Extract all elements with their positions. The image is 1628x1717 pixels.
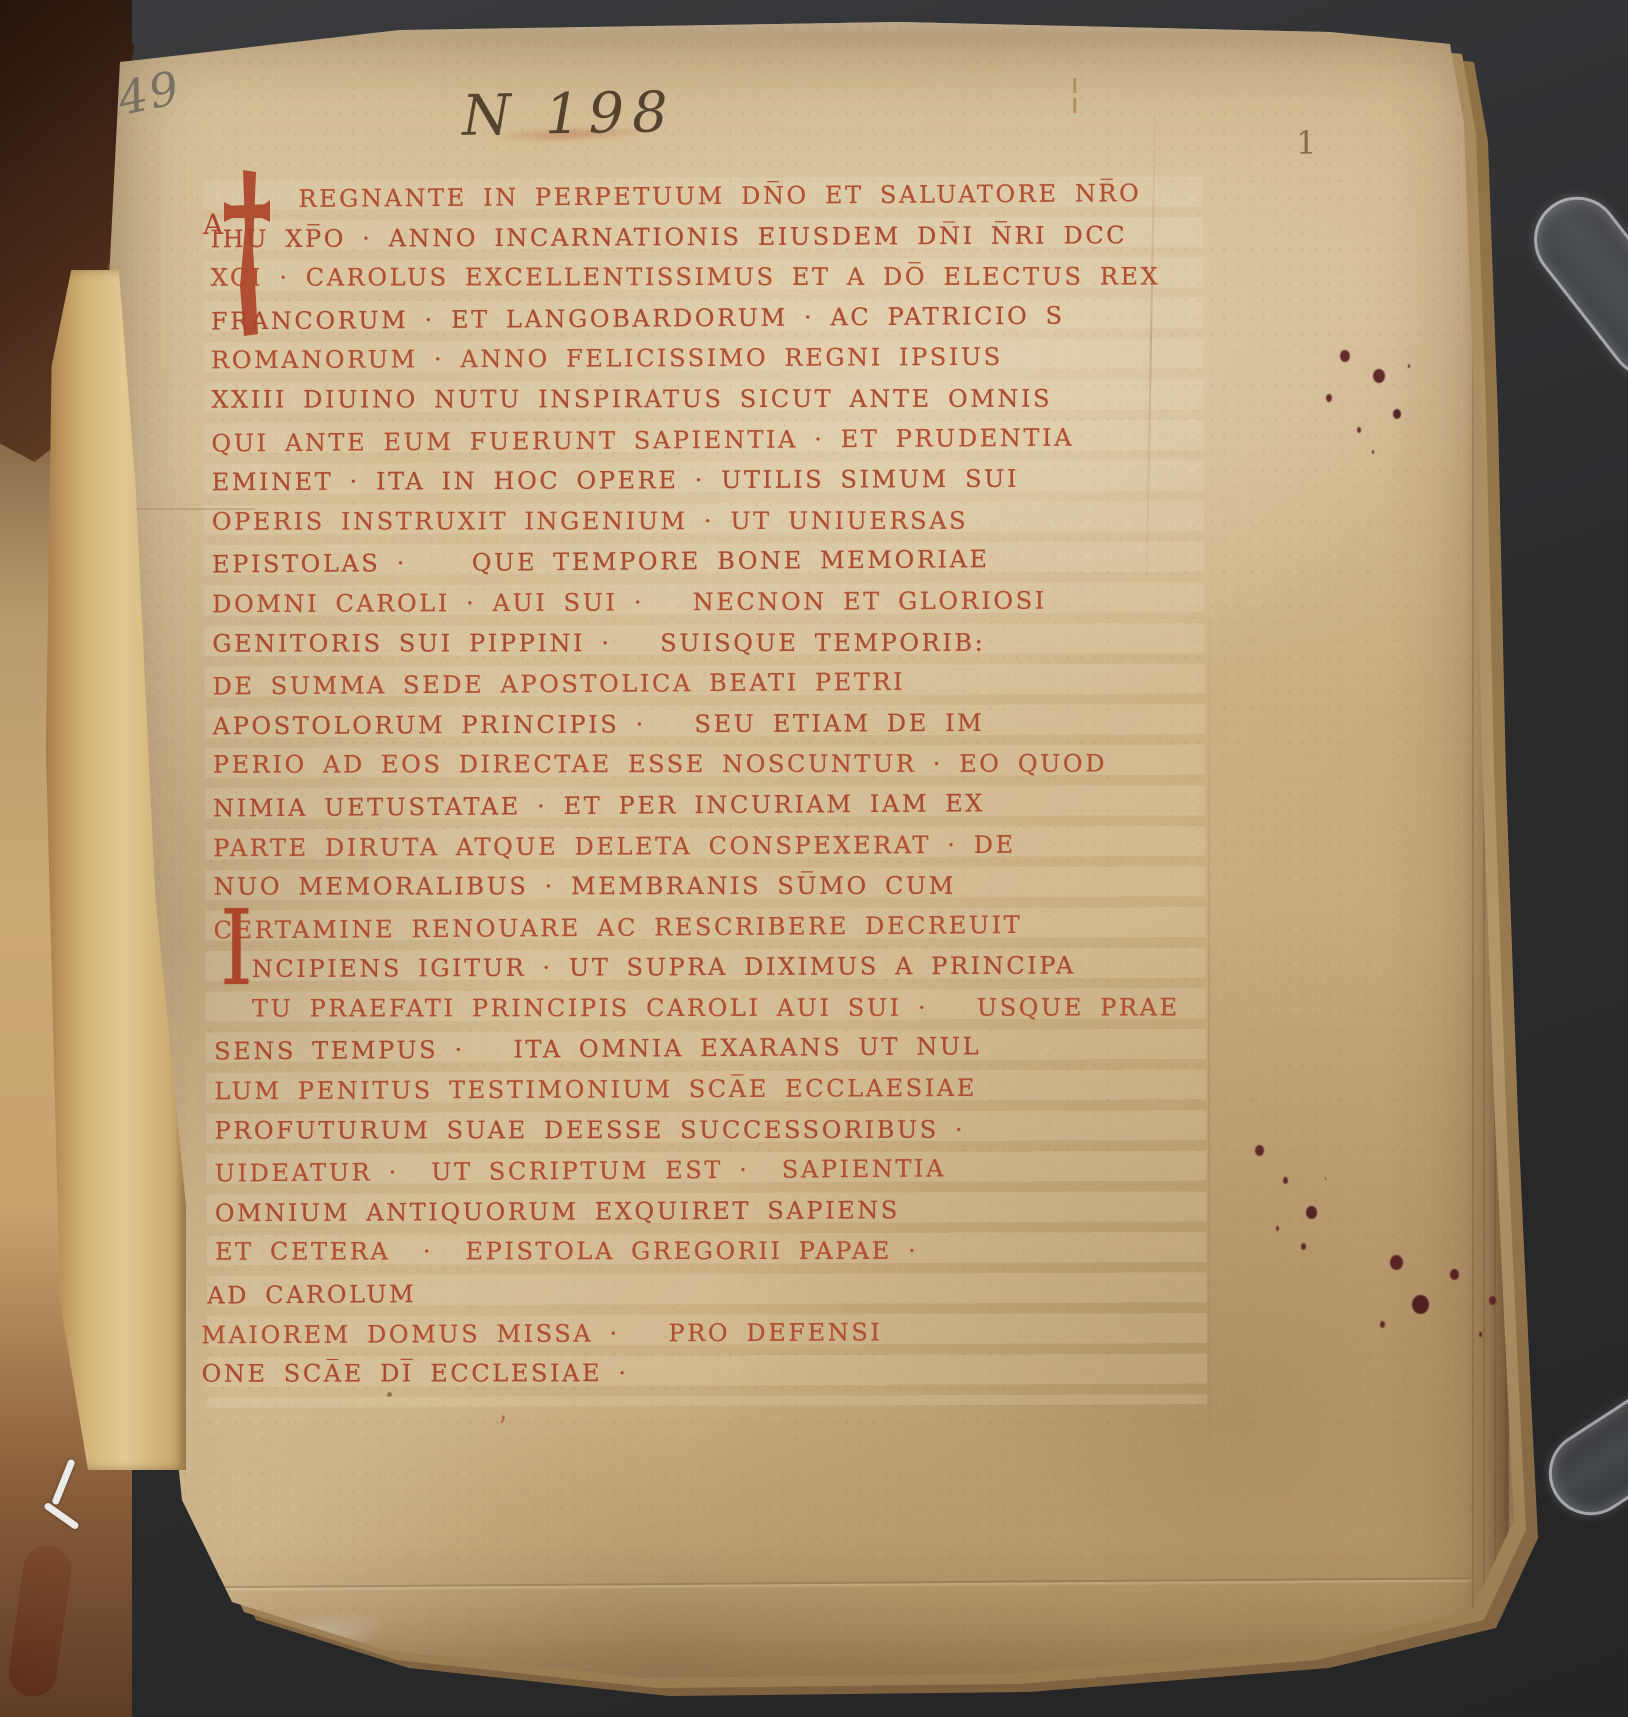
ink-number-heading: N 198 [461, 80, 676, 149]
page-clip-bottom [1533, 1349, 1628, 1532]
page-clip-top [1517, 179, 1628, 394]
text-line: OPERIS INSTRUXIT INGENIUM · UT UNIUERSAS [212, 500, 1222, 542]
text-line: GENITORIS SUI PIPPINI · SUISQUE TEMPORIB… [212, 622, 1222, 664]
text-line: UIDEATUR · UT SCRIPTUM EST · SAPIENTIA [215, 1147, 1225, 1194]
manuscript-page: , 49 N 198 ¦ 1 A I REGNANTE IN PERPETUUM… [100, 20, 1515, 1680]
manuscript-photo: , 49 N 198 ¦ 1 A I REGNANTE IN PERPETUUM… [0, 0, 1628, 1717]
text-line: ONE SCA̅E DI̅ ECCLESIAE · [202, 1353, 1226, 1395]
text-line: OMNIUM ANTIQUORUM EXQUIRET SAPIENS [215, 1189, 1225, 1234]
text-line: QUI ANTE EUM FUERUNT SAPIENTIA · ET PRUD… [211, 416, 1221, 463]
text-line: NUO MEMORALIBUS · MEMBRANIS SU̅MO CUM [213, 865, 1223, 907]
ink-stain-cluster [1340, 350, 1350, 362]
text-line: ET CETERA · EPISTOLA GREGORII PAPAE · [215, 1231, 1225, 1273]
text-line: AD CAROLUM [207, 1269, 1225, 1317]
text-line: PARTE DIRUTA ATQUE DELETA CONSPEXERAT · … [213, 823, 1223, 868]
text-line: REGNANTE IN PERPETUUM DN̅O ET SALUATORE … [210, 173, 1220, 220]
text-line: LUM PENITUS TESTIMONIUM SCA̅E ECCLAESIAE [214, 1067, 1224, 1112]
text-line: APOSTOLORUM PRINCIPIS · SEU ETIAM DE IM [213, 702, 1223, 747]
ink-stain-cluster [1390, 1255, 1403, 1270]
text-line: XXIII DIUINO NUTU INSPIRATUS SICUT ANTE … [211, 378, 1221, 420]
text-line: DOMNI CAROLI · AUI SUI · NECNON ET GLORI… [212, 580, 1222, 625]
text-line: PROFUTURUM SUAE DEESSE SUCCESSORIBUS · [214, 1109, 1224, 1151]
text-line: IHU XP̅O · ANNO INCARNATIONIS EIUSDEM DN… [211, 214, 1221, 259]
text-line: NCIPIENS IGITUR · UT SUPRA DIXIMUS A PRI… [252, 945, 1224, 990]
text-line: ROMANORUM · ANNO FELICISSIMO REGNI IPSIU… [211, 336, 1221, 381]
text-line: XCI · CAROLUS EXCELLENTISSIMUS ET A DO̅ … [211, 257, 1221, 299]
text-line: EMINET · ITA IN HOC OPERE · UTILIS SIMUM… [212, 458, 1222, 503]
text-line: FRANCORUM · ET LANGOBARDORUM · AC PATRIC… [211, 294, 1221, 341]
ink-stain-cluster [1255, 1145, 1264, 1156]
folio-number: 1 [1296, 124, 1316, 162]
text-line: CERTAMINE RENOUARE AC RESCRIBERE DECREUI… [213, 903, 1223, 950]
top-margin-mark: ¦ [1068, 70, 1081, 116]
text-line: TU PRAEFATI PRINCIPIS CAROLI AUI SUI · U… [252, 987, 1224, 1029]
text-block: REGNANTE IN PERPETUUM DN̅O ET SALUATORE … [210, 174, 1225, 1396]
text-line: NIMIA UETUSTATAE · ET PER INCURIAM IAM E… [213, 781, 1223, 828]
text-line: SENS TEMPUS · ITA OMNIA EXARANS UT NUL [214, 1025, 1224, 1072]
text-line: MAIOREM DOMUS MISSA · PRO DEFENSI [201, 1310, 1225, 1355]
text-line: DE SUMMA SEDE APOSTOLICA BEATI PETRI [212, 660, 1222, 707]
text-line: PERIO AD EOS DIRECTAE ESSE NOSCUNTUR · E… [213, 744, 1223, 786]
text-line: EPISTOLAS · QUE TEMPORE BONE MEMORIAE [212, 538, 1222, 585]
